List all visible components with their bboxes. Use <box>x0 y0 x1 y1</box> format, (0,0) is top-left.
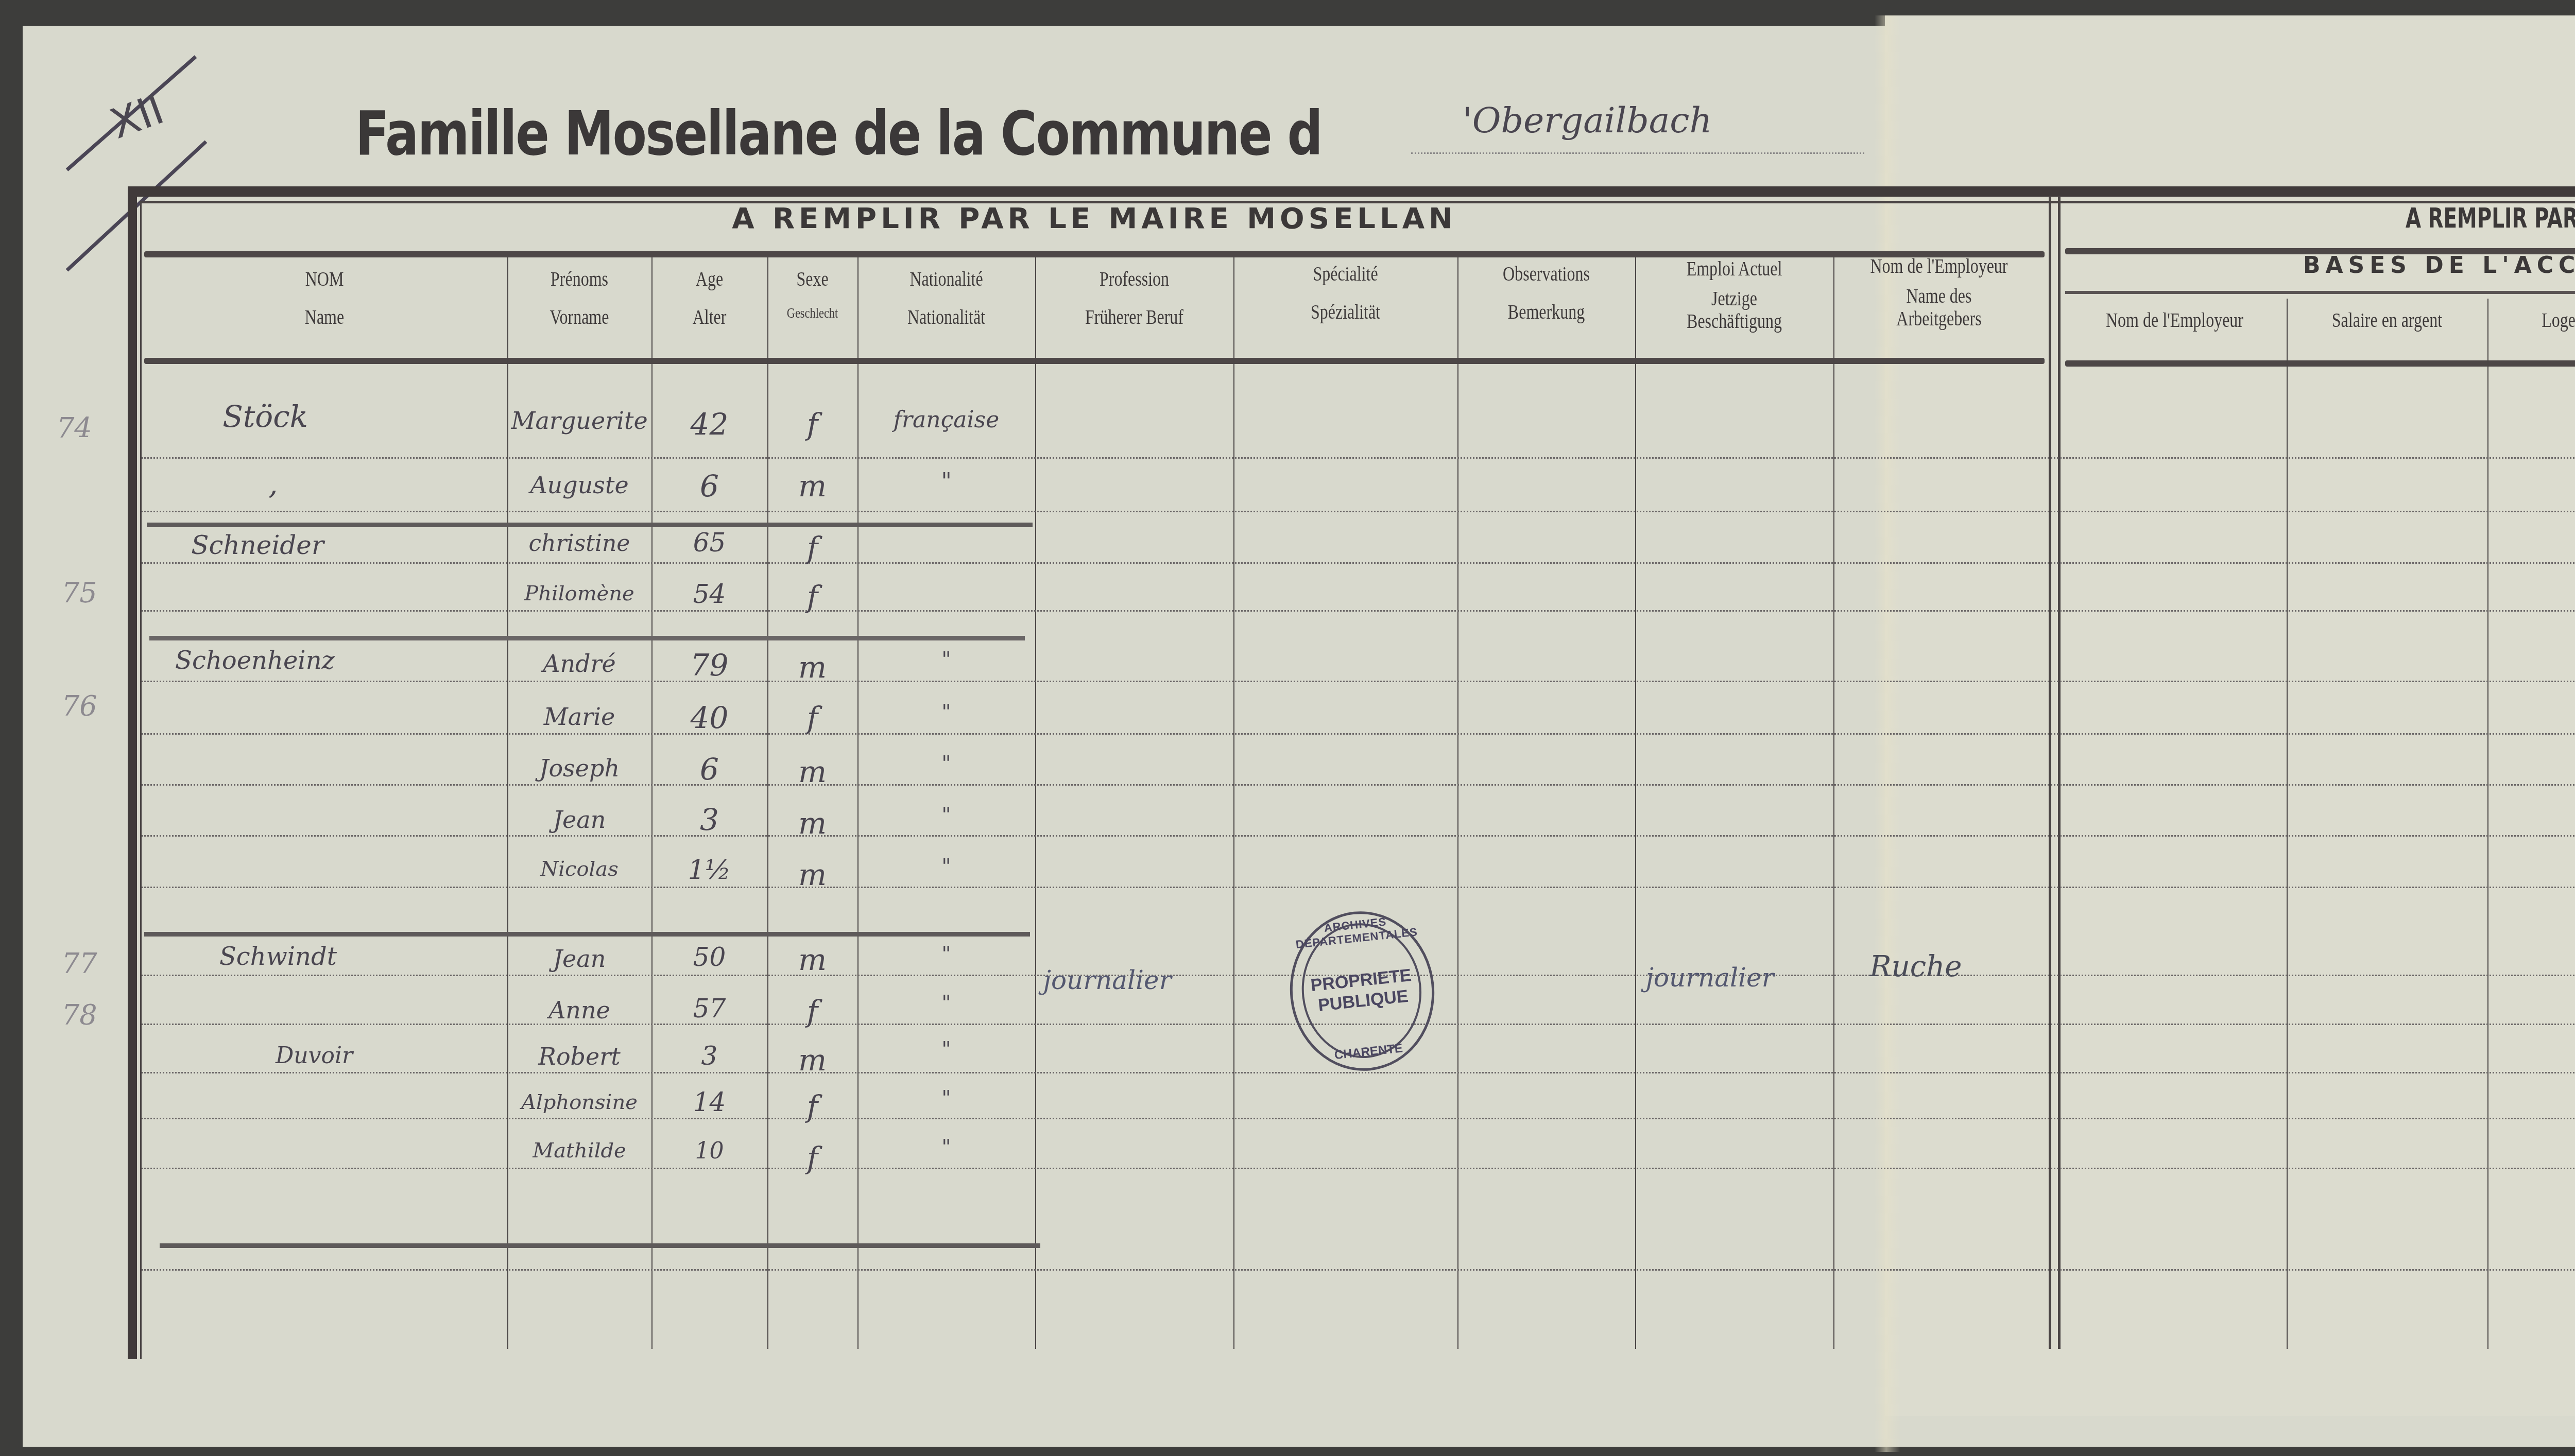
page-title-left: Famille Mosellane de la Commune d <box>355 98 1321 169</box>
section-divider <box>2049 196 2051 1349</box>
margin-number: 75 <box>62 577 97 609</box>
cell-prenom: Marguerite <box>507 407 651 435</box>
cell-nationalite: " <box>857 700 1035 724</box>
cell-prenom: christine <box>507 530 651 557</box>
cell-age: 6 <box>651 469 767 504</box>
table-top-border <box>128 186 2575 197</box>
col-header-emploi-actuel: Emploi ActuelJetzige Beschäftigung <box>1655 257 1814 333</box>
cell-sexe: m <box>767 1043 857 1078</box>
cell-nationalite: " <box>857 648 1035 671</box>
col-header-prenoms: PrénomsVorname <box>522 268 637 344</box>
cell-nom: Schneider <box>144 530 371 560</box>
cell-nationalite: " <box>857 1135 1035 1159</box>
cell-sexe: f <box>767 1089 857 1124</box>
cell-prenom: Anne <box>507 996 651 1024</box>
cell-age: 3 <box>651 1041 767 1071</box>
cell-nationalite: " <box>857 942 1035 966</box>
cell-nom: Schoenheinz <box>139 646 371 675</box>
col-header-salaire: Salaire en argent <box>2307 309 2467 332</box>
cell-prenom: Jean <box>507 945 651 973</box>
cell-prenom: Robert <box>507 1043 651 1070</box>
cell-nationalite: française <box>857 407 1035 433</box>
cell-age: 54 <box>651 579 767 609</box>
cell-nom: Stöck <box>154 399 376 434</box>
col-header-age: AgeAlter <box>663 268 756 344</box>
col-header-nom-employeur: Nom de l'EmployeurName des Arbeitgebers <box>1855 255 2023 330</box>
cell-prenom: Jean <box>507 806 651 834</box>
right-section-heading: A REMPLIR PAR LE PRÉSIDENT DU COMITÉ COM… <box>2290 202 2575 234</box>
cell-sexe: m <box>767 857 857 892</box>
cell-sexe: m <box>767 754 857 789</box>
cell-nationalite: " <box>857 469 1035 495</box>
cell-nom: Duvoir <box>237 1043 391 1069</box>
archive-stamp: ARCHIVES DÉPARTEMENTALES PROPRIETE PUBLI… <box>1282 904 1443 1078</box>
cell-sexe: f <box>767 407 857 442</box>
cell-nom: Schwindt <box>170 942 386 971</box>
cell-prenom: Nicolas <box>507 857 651 881</box>
cell-profession: journalier <box>1030 965 1184 995</box>
commune-name: 'Obergailbach <box>1463 100 1712 141</box>
cell-age: 40 <box>651 700 767 735</box>
family-separator <box>147 523 1033 527</box>
cell-age: 79 <box>651 648 767 683</box>
col-header-r-nom-employeur: Nom de l'Employeur <box>2085 309 2264 332</box>
cell-nationalite: " <box>857 855 1035 878</box>
col-header-observations: ObservationsBemerkung <box>1475 263 1618 339</box>
family-separator <box>149 636 1025 640</box>
cell-prenom: Alphonsine <box>502 1090 657 1114</box>
cell-age: 10 <box>651 1138 767 1164</box>
cell-nom-employeur: Ruche <box>1833 950 1998 983</box>
cell-prenom: Mathilde <box>507 1139 651 1163</box>
cell-nationalite: " <box>857 803 1035 827</box>
col-header-nom: NOMName <box>178 268 471 344</box>
col-header-sexe: SexeGeschlecht <box>777 268 849 337</box>
cell-age: 3 <box>651 802 767 837</box>
cell-prenom: André <box>507 650 651 678</box>
cell-age: 50 <box>651 942 767 972</box>
col-header-nationalite: NationalitéNationalität <box>875 268 1018 344</box>
col-header-specialite: SpécialitéSpézialität <box>1256 263 1435 339</box>
cell-sexe: f <box>767 579 857 614</box>
cell-sexe: m <box>767 469 857 504</box>
cell-nationalite: " <box>857 991 1035 1015</box>
cell-nom: ‚ <box>257 466 288 501</box>
commune-dotted-line <box>1411 152 1864 154</box>
table-left-border <box>128 190 137 1359</box>
cell-sexe: m <box>767 806 857 841</box>
folio-mark-slashes-icon <box>62 51 227 283</box>
cell-nationalite: " <box>857 1037 1035 1061</box>
col-header-logement: Logement <box>2505 309 2575 332</box>
margin-number: 76 <box>62 690 97 722</box>
margin-number: 78 <box>62 999 97 1031</box>
cell-age: 65 <box>651 528 767 558</box>
margin-number: 77 <box>62 947 97 980</box>
family-separator <box>160 1243 1040 1248</box>
cell-sexe: m <box>767 650 857 685</box>
family-separator <box>144 932 1030 937</box>
cell-prenom: Auguste <box>507 471 651 499</box>
cell-sexe: f <box>767 994 857 1029</box>
cell-age: 42 <box>651 407 767 442</box>
margin-number: 74 <box>57 412 92 444</box>
cell-sexe: f <box>767 1140 857 1175</box>
cell-age: 1½ <box>651 855 767 886</box>
cell-age: 14 <box>651 1087 767 1117</box>
cell-emploi-actuel: journalier <box>1622 963 1797 993</box>
cell-age: 6 <box>651 752 767 787</box>
cell-prenom: Joseph <box>507 754 651 782</box>
bases-accord-heading: BASES DE L'ACCORD <box>2065 252 2575 279</box>
cell-nationalite: " <box>857 1086 1035 1110</box>
cell-sexe: f <box>767 530 857 565</box>
cell-sexe: m <box>767 942 857 977</box>
cell-nationalite: " <box>857 752 1035 775</box>
cell-age: 57 <box>651 994 767 1024</box>
col-header-profession: ProfessionFrüherer Beruf <box>1055 268 1214 344</box>
cell-prenom: Marie <box>507 703 651 731</box>
cell-prenom: Philomène <box>507 582 651 605</box>
left-section-heading: A REMPLIR PAR LE MAIRE MOSELLAN <box>144 202 2045 235</box>
cell-sexe: f <box>767 700 857 735</box>
